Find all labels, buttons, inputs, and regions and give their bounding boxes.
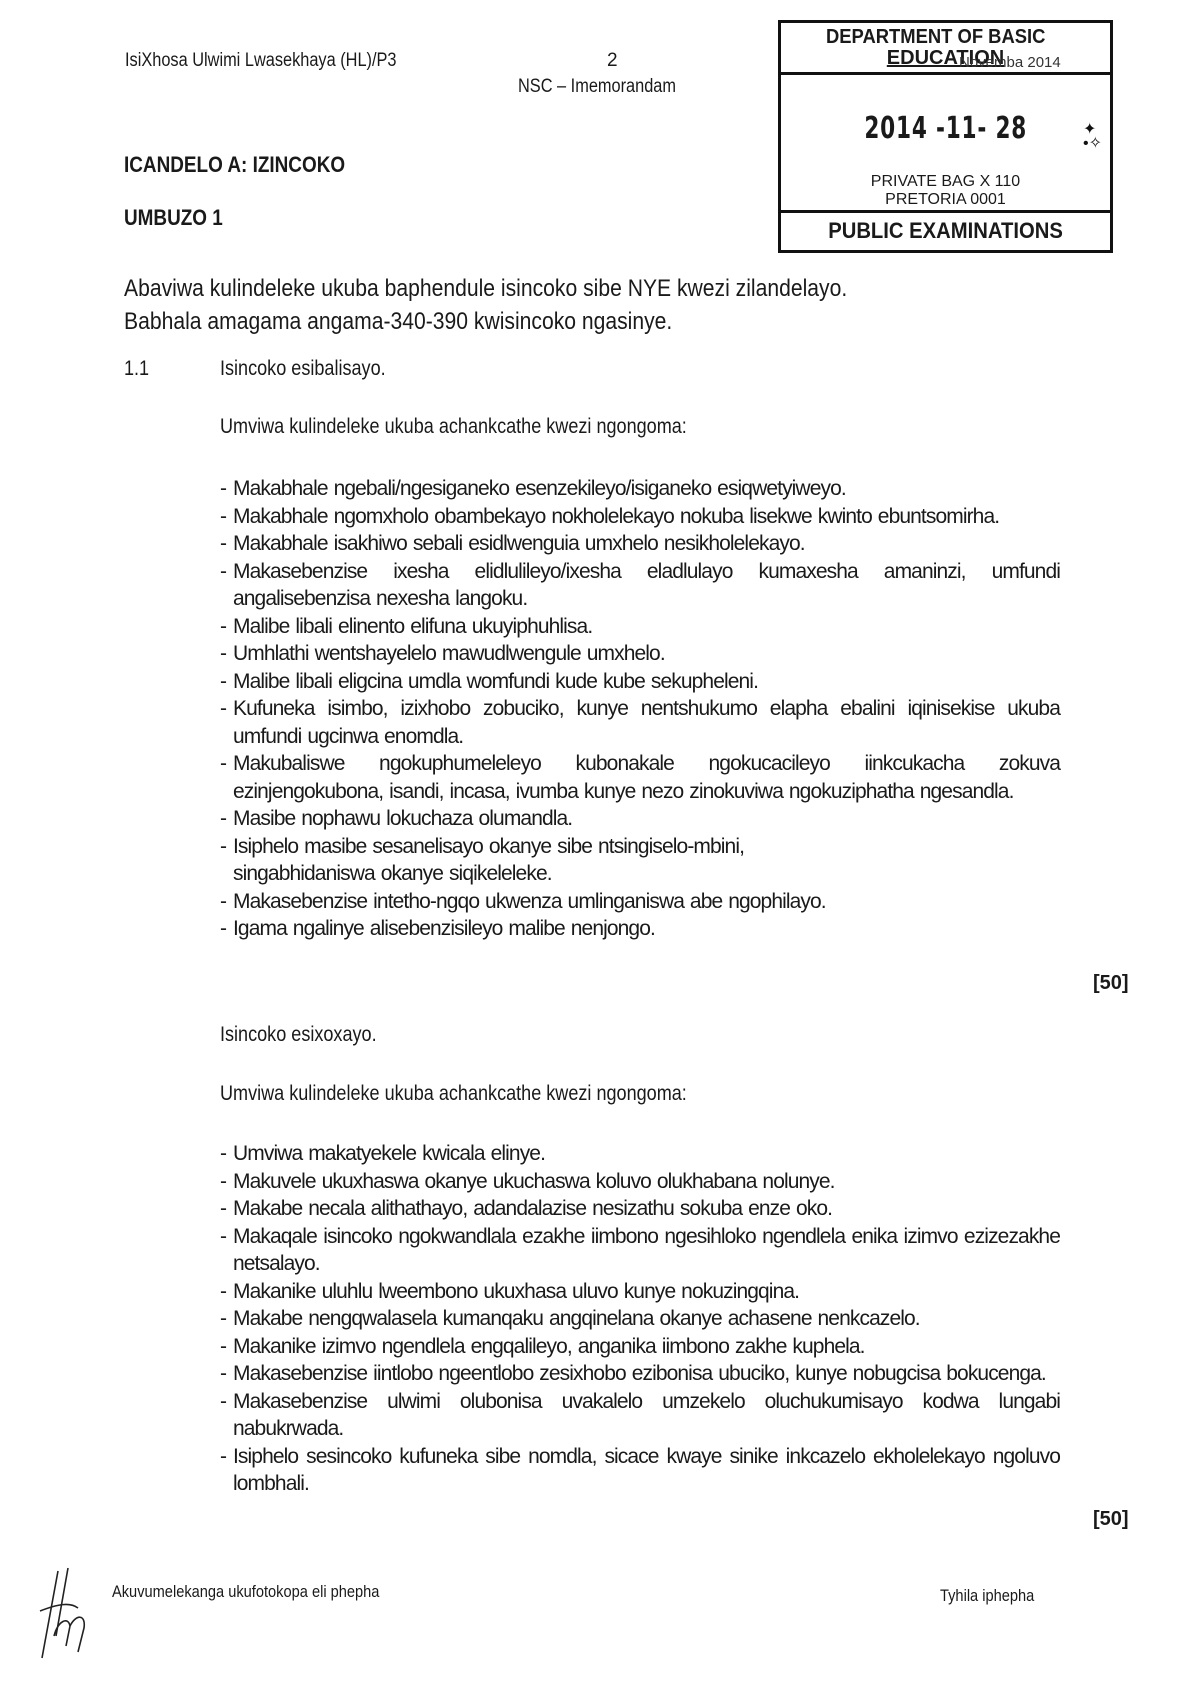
bullet-dash: - bbox=[220, 1278, 227, 1306]
bullet-dash: - bbox=[220, 833, 227, 861]
criterion-item: -Makabhale ngebali/ngesiganeko esenzekil… bbox=[220, 475, 1060, 503]
criterion-text: Masibe nophawu lokuchaza olumandla. bbox=[233, 805, 1060, 833]
bullet-dash: - bbox=[220, 915, 227, 943]
criterion-item: -Makasebenzise intetho-ngqo ukwenza umli… bbox=[220, 888, 1060, 916]
criterion-item: -Makaqale isincoko ngokwandlala ezakhe i… bbox=[220, 1223, 1060, 1278]
bullet-dash: - bbox=[220, 558, 227, 586]
stamp-footer: PUBLIC EXAMINATIONS bbox=[781, 210, 1110, 250]
criterion-item: -Makuvele ukuxhaswa okanye ukuchaswa kol… bbox=[220, 1168, 1060, 1196]
criterion-text: Igama ngalinye alisebenzisileyo malibe n… bbox=[233, 915, 1060, 943]
bullet-dash: - bbox=[220, 1195, 227, 1223]
department-stamp: DEPARTMENT OF BASIC EDUCATION Novemba 20… bbox=[778, 20, 1113, 253]
criterion-text: Makasebenzise ixesha elidlulileyo/ixesha… bbox=[233, 558, 1060, 613]
criterion-text: Isiphelo masibe sesanelisayo okanye sibe… bbox=[233, 833, 1060, 888]
criterion-text: Malibe libali eligcina umdla womfundi ku… bbox=[233, 668, 1060, 696]
criterion-text: Makasebenzise intetho-ngqo ukwenza umlin… bbox=[233, 888, 1060, 916]
marks-total: [50] bbox=[1093, 972, 1129, 995]
criterion-item: -Malibe libali elinento elifuna ukuyiphu… bbox=[220, 613, 1060, 641]
bullet-dash: - bbox=[220, 640, 227, 668]
bullet-dash: - bbox=[220, 530, 227, 558]
criterion-text: Kufuneka isimbo, izixhobo zobuciko, kuny… bbox=[233, 695, 1060, 750]
bullet-dash: - bbox=[220, 1333, 227, 1361]
instruction-line: Babhala amagama angama-340-390 kwisincok… bbox=[124, 305, 672, 338]
criterion-text: Makabhale ngomxholo obambekayo nokholele… bbox=[233, 503, 1060, 531]
lead-instruction: Umviwa kulindeleke ukuba achankcathe kwe… bbox=[220, 1082, 763, 1106]
criterion-item: -Malibe libali eligcina umdla womfundi k… bbox=[220, 668, 1060, 696]
criterion-item: -Makabe necala alithathayo, adandalazise… bbox=[220, 1195, 1060, 1223]
bullet-dash: - bbox=[220, 695, 227, 723]
lead-instruction: Umviwa kulindeleke ukuba achankcathe kwe… bbox=[220, 415, 763, 439]
criterion-item: -Masibe nophawu lokuchaza olumandla. bbox=[220, 805, 1060, 833]
criterion-item: -Umviwa makatyekele kwicala elinye. bbox=[220, 1140, 1060, 1168]
criterion-item: -Makanike izimvo ngendlela engqalileyo, … bbox=[220, 1333, 1060, 1361]
criterion-item: -Kufuneka isimbo, izixhobo zobuciko, kun… bbox=[220, 695, 1060, 750]
bullet-dash: - bbox=[220, 1168, 227, 1196]
criterion-text: Makabhale isakhiwo sebali esidlwenguia u… bbox=[233, 530, 1060, 558]
signature-icon bbox=[28, 1566, 118, 1666]
page-number: 2 bbox=[607, 50, 618, 72]
criterion-item: -Makubaliswe ngokuphumeleleyo kubonakale… bbox=[220, 750, 1060, 805]
question-number: 1.1 bbox=[124, 357, 153, 381]
bullet-dash: - bbox=[220, 805, 227, 833]
copy-notice: Akuvumelekanga ukufotokopa eli phepha bbox=[112, 1582, 423, 1602]
criterion-text: Isiphelo sesincoko kufuneka sibe nomdla,… bbox=[233, 1443, 1060, 1498]
criterion-item: -Isiphelo sesincoko kufuneka sibe nomdla… bbox=[220, 1443, 1060, 1498]
criterion-text: Umviwa makatyekele kwicala elinye. bbox=[233, 1140, 1060, 1168]
criterion-item: -Makasebenzise ixesha elidlulileyo/ixesh… bbox=[220, 558, 1060, 613]
criterion-text: Makabhale ngebali/ngesiganeko esenzekile… bbox=[233, 475, 1060, 503]
marks-total: [50] bbox=[1093, 1508, 1129, 1531]
criterion-item: -Makabhale isakhiwo sebali esidlwenguia … bbox=[220, 530, 1060, 558]
criterion-text: Makasebenzise ulwimi olubonisa uvakalelo… bbox=[233, 1388, 1060, 1443]
turn-page-note: Tyhila iphepha bbox=[940, 1586, 1050, 1606]
bullet-dash: - bbox=[220, 668, 227, 696]
bullet-dash: - bbox=[220, 1140, 227, 1168]
criterion-item: -Umhlathi wentshayelelo mawudlwengule um… bbox=[220, 640, 1060, 668]
stamp-date: 2014 -11- 28 bbox=[781, 111, 1110, 146]
criterion-text: Makaqale isincoko ngokwandlala ezakhe ii… bbox=[233, 1223, 1060, 1278]
section-title: ICANDELO A: IZINCOKO bbox=[124, 152, 381, 178]
ink-blot-icon: ✦•✧ bbox=[1083, 123, 1102, 151]
criterion-item: -Igama ngalinye alisebenzisileyo malibe … bbox=[220, 915, 1060, 943]
bullet-dash: - bbox=[220, 1305, 227, 1333]
stamp-overprint: Novemba 2014 bbox=[959, 52, 1061, 73]
doc-type: NSC – Imemorandam bbox=[518, 76, 702, 98]
essay-type-title: Isincoko esixoxayo. bbox=[220, 1023, 402, 1047]
bullet-dash: - bbox=[220, 1388, 227, 1416]
criterion-text: Makasebenzise iintlobo ngeentlobo zesixh… bbox=[233, 1360, 1060, 1388]
question-title: UMBUZO 1 bbox=[124, 205, 239, 231]
bullet-dash: - bbox=[220, 613, 227, 641]
essay-type-title: Isincoko esibalisayo. bbox=[220, 357, 413, 381]
bullet-dash: - bbox=[220, 1223, 227, 1251]
criteria-list-narrative: -Makabhale ngebali/ngesiganeko esenzekil… bbox=[220, 475, 1060, 943]
criterion-text: Makabe necala alithathayo, adandalazise … bbox=[233, 1195, 1060, 1223]
paper-code: IsiXhosa Ulwimi Lwasekhaya (HL)/P3 bbox=[125, 50, 441, 72]
criterion-item: -Makanike uluhlu lweembono ukuxhasa uluv… bbox=[220, 1278, 1060, 1306]
bullet-dash: - bbox=[220, 750, 227, 778]
criterion-item: -Makabe nengqwalasela kumanqaku angqinel… bbox=[220, 1305, 1060, 1333]
criterion-item: -Makasebenzise ulwimi olubonisa uvakalel… bbox=[220, 1388, 1060, 1443]
criterion-text: Makubaliswe ngokuphumeleleyo kubonakale … bbox=[233, 750, 1060, 805]
criterion-text: Malibe libali elinento elifuna ukuyiphuh… bbox=[233, 613, 1060, 641]
bullet-dash: - bbox=[220, 503, 227, 531]
stamp-header: DEPARTMENT OF BASIC EDUCATION Novemba 20… bbox=[781, 23, 1110, 75]
criterion-text: Makanike izimvo ngendlela engqalileyo, a… bbox=[233, 1333, 1060, 1361]
criterion-text: Makuvele ukuxhaswa okanye ukuchaswa kolu… bbox=[233, 1168, 1060, 1196]
criteria-list-argumentative: -Umviwa makatyekele kwicala elinye.-Maku… bbox=[220, 1140, 1060, 1498]
criterion-item: -Isiphelo masibe sesanelisayo okanye sib… bbox=[220, 833, 1060, 888]
instructions: Abaviwa kulindeleke ukuba baphendule isi… bbox=[124, 272, 1200, 338]
criterion-text: Makanike uluhlu lweembono ukuxhasa uluvo… bbox=[233, 1278, 1060, 1306]
instruction-line: Abaviwa kulindeleke ukuba baphendule isi… bbox=[124, 272, 847, 305]
bullet-dash: - bbox=[220, 888, 227, 916]
criterion-text: Makabe nengqwalasela kumanqaku angqinela… bbox=[233, 1305, 1060, 1333]
criterion-text: Umhlathi wentshayelelo mawudlwengule umx… bbox=[233, 640, 1060, 668]
bullet-dash: - bbox=[220, 475, 227, 503]
criterion-item: -Makabhale ngomxholo obambekayo nokholel… bbox=[220, 503, 1060, 531]
stamp-address: PRIVATE BAG X 110 PRETORIA 0001 bbox=[781, 173, 1110, 209]
criterion-item: -Makasebenzise iintlobo ngeentlobo zesix… bbox=[220, 1360, 1060, 1388]
bullet-dash: - bbox=[220, 1360, 227, 1388]
bullet-dash: - bbox=[220, 1443, 227, 1471]
